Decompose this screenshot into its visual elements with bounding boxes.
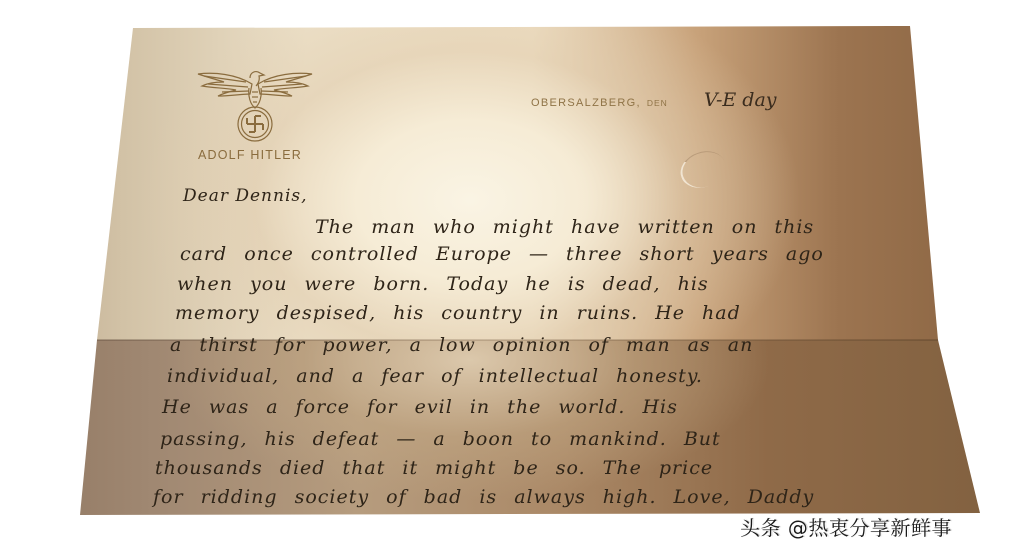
letterhead-name: ADOLF HITLER bbox=[190, 148, 310, 162]
letter-line: passing, his defeat — a boon to mankind.… bbox=[160, 428, 721, 450]
source-watermark: 头条 @热衷分享新鲜事 bbox=[740, 512, 952, 541]
letter-line: a thirst for power, a low opinion of man… bbox=[170, 334, 753, 356]
salutation: Dear Dennis, bbox=[183, 186, 308, 206]
letter-line: The man who might have written on this bbox=[315, 216, 814, 238]
letter-line: for ridding society of bad is always hig… bbox=[153, 486, 814, 508]
photo-stage: ADOLF HITLER OBERSALZBERG,DEN V-E day De… bbox=[0, 0, 1024, 558]
letter-line: individual, and a fear of intellectual h… bbox=[167, 365, 703, 387]
place-suffix: DEN bbox=[647, 98, 668, 108]
letterhead-place: OBERSALZBERG,DEN bbox=[531, 97, 668, 109]
letter-line: thousands died that it might be so. The … bbox=[155, 457, 713, 479]
letter-line: when you were born. Today he is dead, hi… bbox=[177, 273, 709, 295]
letter-line: card once controlled Europe — three shor… bbox=[180, 243, 824, 265]
handwritten-date: V-E day bbox=[704, 89, 777, 111]
letter-line: He was a force for evil in the world. Hi… bbox=[162, 396, 678, 418]
letter-line: memory despised, his country in ruins. H… bbox=[175, 302, 741, 324]
place-text: OBERSALZBERG, bbox=[531, 97, 641, 109]
eagle-emblem-icon bbox=[196, 66, 314, 146]
